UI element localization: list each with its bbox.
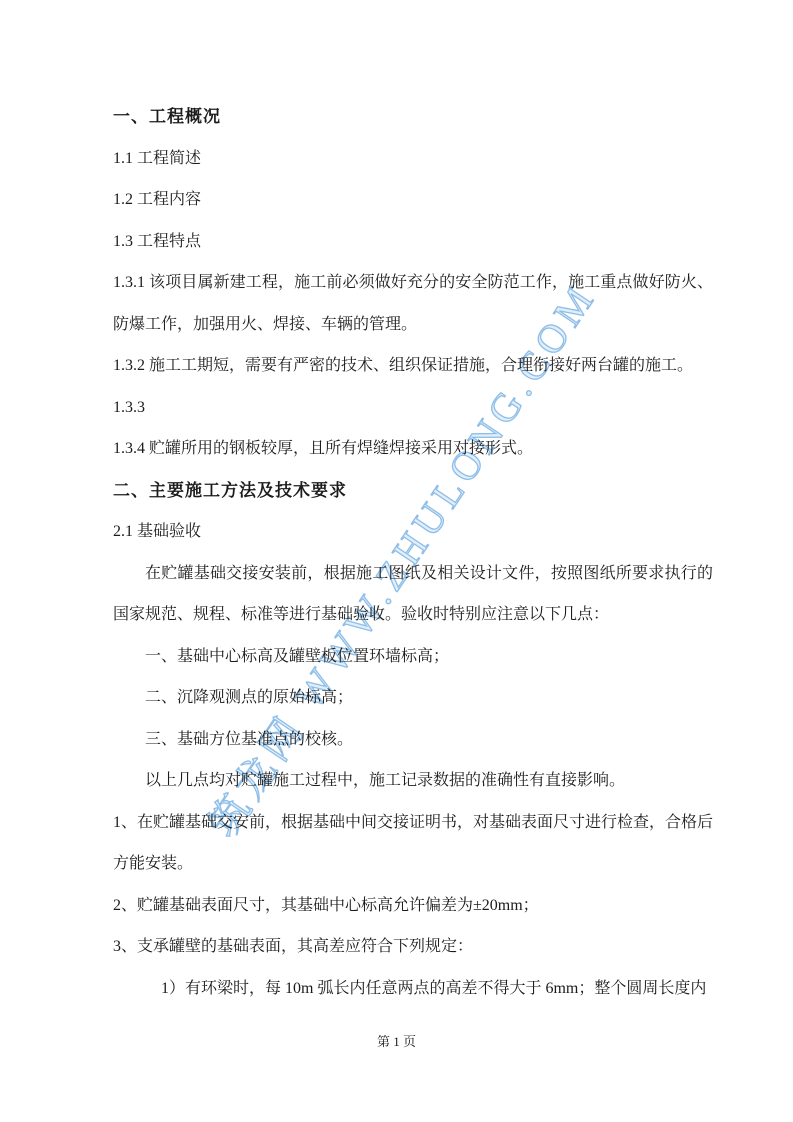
para-1-3: 1.3 工程特点 <box>113 221 713 263</box>
para-1-3-1: 1.3.1 该项目属新建工程，施工前必须做好充分的安全防范工作，施工重点做好防火… <box>113 262 713 345</box>
numbered-item-2: 2、贮罐基础表面尺寸，其基础中心标高允许偏差为±20mm； <box>113 885 713 927</box>
section-heading-1: 一、工程概况 <box>113 96 713 138</box>
document-body: 一、工程概况 1.1 工程简述 1.2 工程内容 1.3 工程特点 1.3.1 … <box>113 0 713 1009</box>
list-item-san: 三、基础方位基准点的校核。 <box>113 719 713 761</box>
numbered-item-3: 3、支承罐壁的基础表面，其高差应符合下列规定： <box>113 926 713 968</box>
para-2-1: 2.1 基础验收 <box>113 511 713 553</box>
para-foundation-intro: 在贮罐基础交接安装前，根据施工图纸及相关设计文件，按照图纸所要求执行的国家规范、… <box>113 553 713 636</box>
sub-item-1: 1）有环梁时，每 10m 弧长内任意两点的高差不得大于 6mm；整个圆周长度内 <box>113 968 713 1010</box>
para-1-2: 1.2 工程内容 <box>113 179 713 221</box>
document-page: 筑龙网 WWW.ZHULONG.COM 一、工程概况 1.1 工程简述 1.2 … <box>0 0 793 1122</box>
numbered-item-1: 1、在贮罐基础交安前，根据基础中间交接证明书，对基础表面尺寸进行检查，合格后方能… <box>113 802 713 885</box>
para-1-3-4: 1.3.4 贮罐所用的钢板较厚，且所有焊缝焊接采用对接形式。 <box>113 428 713 470</box>
para-summary-note: 以上几点均对贮罐施工过程中，施工记录数据的准确性有直接影响。 <box>113 760 713 802</box>
para-1-3-3: 1.3.3 <box>113 387 713 429</box>
page-number-footer: 第 1 页 <box>0 1032 793 1052</box>
para-1-3-2: 1.3.2 施工工期短，需要有严密的技术、组织保证措施，合理衔接好两台罐的施工。 <box>113 345 713 387</box>
list-item-yi: 一、基础中心标高及罐壁板位置环墙标高； <box>113 636 713 678</box>
section-heading-2: 二、主要施工方法及技术要求 <box>113 470 713 512</box>
list-item-er: 二、沉降观测点的原始标高； <box>113 677 713 719</box>
para-1-1: 1.1 工程简述 <box>113 138 713 180</box>
